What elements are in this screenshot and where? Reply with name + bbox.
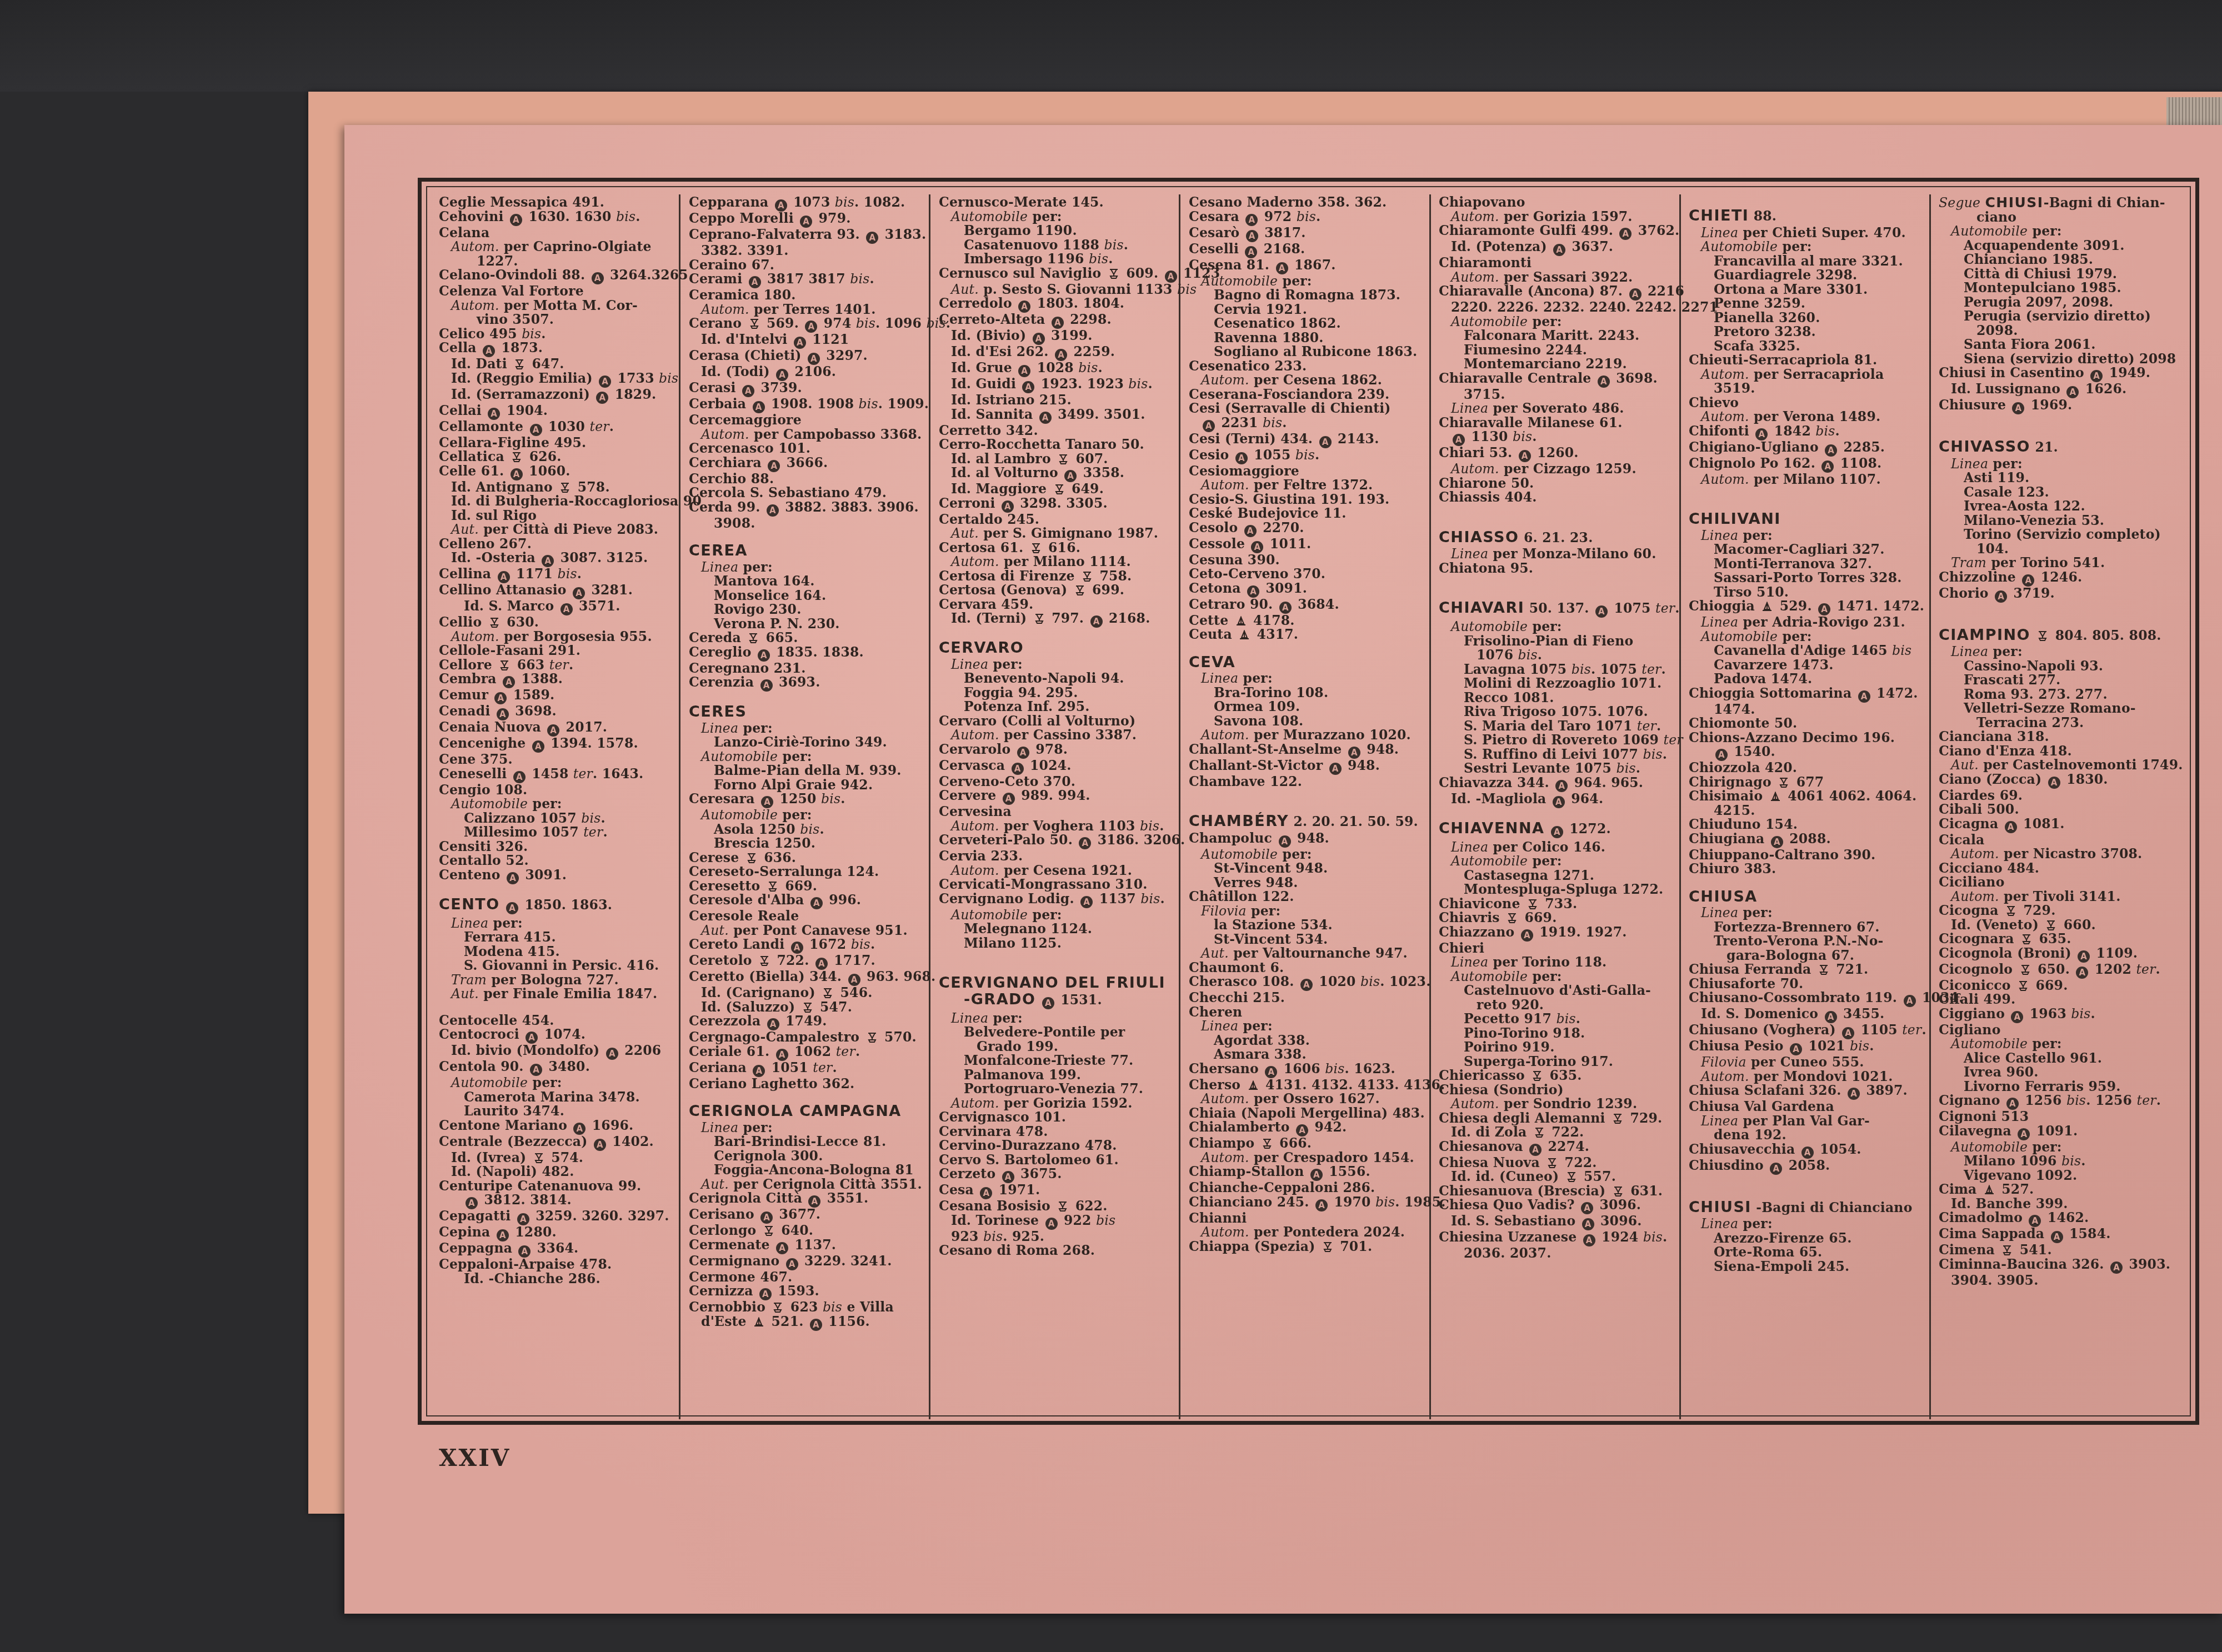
sub-entry: Automobile per: bbox=[1439, 970, 1680, 984]
sub-entry: Linea per: bbox=[689, 1121, 930, 1135]
italic-label: Autom. bbox=[1701, 472, 1749, 487]
bus-service-icon: A bbox=[1002, 500, 1014, 513]
ferry-icon bbox=[1778, 777, 1790, 789]
station-heading: CERVARO bbox=[939, 641, 1180, 655]
sub-entry: Autom. per Murazzano 1020. bbox=[1189, 728, 1430, 743]
sub-entry: Id. Sannita A 3499. 3501. bbox=[939, 408, 1180, 424]
station-entry: Chiuppano-Caltrano 390. bbox=[1689, 848, 1930, 863]
ferry-icon bbox=[758, 955, 770, 967]
sub-entry: Linea per: bbox=[939, 658, 1180, 672]
sub-entry: Linea per Colico 146. bbox=[1439, 840, 1680, 855]
station-heading: CEREA bbox=[689, 544, 930, 558]
sub-entry: Linea per Chieti Super. 470. bbox=[1689, 226, 1930, 241]
bus-service-icon: A bbox=[1090, 615, 1103, 628]
spacer bbox=[1439, 505, 1680, 517]
sub-entry: Fiumesino 2244. bbox=[1439, 343, 1680, 358]
bus-service-icon: A bbox=[760, 679, 773, 692]
bus-service-icon: A bbox=[1319, 436, 1332, 448]
bus-service-icon: A bbox=[1245, 246, 1257, 258]
steamship-icon bbox=[753, 1316, 765, 1328]
italic-label: bis bbox=[2061, 1153, 2081, 1169]
sub-entry: dena 192. bbox=[1689, 1128, 1930, 1143]
sub-entry: Potenza Inf. 295. bbox=[939, 700, 1180, 714]
station-entry: Ceské Budejovice 11. bbox=[1189, 507, 1430, 521]
sub-entry: Autom. per Terres 1401. bbox=[689, 303, 930, 317]
italic-label: Linea bbox=[1201, 1018, 1238, 1034]
italic-label: ter bbox=[583, 824, 603, 840]
station-entry: Chigiano-Ugliano A 2285. bbox=[1689, 440, 1930, 457]
sub-entry: Frascati 277. bbox=[1939, 673, 2180, 688]
station-entry: Ceserana-Fosciandora 239. bbox=[1189, 388, 1430, 402]
bus-service-icon: A bbox=[1052, 317, 1064, 329]
station-entry: Cellio 630. bbox=[439, 615, 680, 630]
sub-entry: Id. Lussignano A 1626. bbox=[1939, 382, 2180, 398]
italic-label: Segue bbox=[1939, 195, 1980, 211]
bus-service-icon: A bbox=[1581, 1202, 1593, 1214]
sub-entry: Automobile per: bbox=[1939, 224, 2180, 239]
station-entry: Cerenzia A 3693. bbox=[689, 675, 930, 692]
italic-label: Linea bbox=[451, 915, 488, 931]
bus-service-icon: A bbox=[1519, 450, 1531, 462]
sub-entry: Id. Grue A 1028 bis. bbox=[939, 361, 1180, 377]
station-entry: Ceppaloni-Arpaise 478. bbox=[439, 1258, 680, 1272]
station-entry: Chiavicone 733. bbox=[1439, 897, 1680, 912]
bus-service-icon: A bbox=[1553, 244, 1565, 256]
italic-label: Linea bbox=[951, 1010, 988, 1026]
station-entry: Chiaramonte Gulfi 499. A 3762. bbox=[1439, 224, 1680, 240]
sub-entry: Milano-Venezia 53. bbox=[1939, 514, 2180, 528]
station-entry: Chiozzola 420. bbox=[1689, 761, 1930, 775]
italic-label: Automobile bbox=[701, 807, 778, 823]
sub-entry: Id. Torinese A 922 bis bbox=[939, 1214, 1180, 1230]
station-entry: Cima Sappada A 1584. bbox=[1939, 1227, 2180, 1243]
sub-entry: Frisolino-Pian di Fieno bbox=[1439, 634, 1680, 649]
sub-entry: Arezzo-Firenze 65. bbox=[1689, 1232, 1930, 1246]
station-entry: Cerezzola A 1749. bbox=[689, 1014, 930, 1030]
bus-service-icon: A bbox=[1039, 412, 1052, 424]
bus-service-icon: A bbox=[760, 1212, 773, 1224]
index-column-6: CHIETI 88.Linea per Chieti Super. 470.Au… bbox=[1689, 196, 1930, 1418]
station-entry: Chialamberto A 942. bbox=[1189, 1120, 1430, 1137]
station-entry: Cereda 665. bbox=[689, 631, 930, 645]
bus-service-icon: A bbox=[980, 1187, 992, 1199]
station-entry: Chiaravalle (Ancona) 87. A 2216 bbox=[1439, 284, 1680, 301]
italic-label: Linea bbox=[701, 1120, 738, 1135]
station-entry: Cianciana 318. bbox=[1939, 730, 2180, 744]
index-column-3: Cernusco-Merate 145.Automobile per:Berga… bbox=[939, 196, 1180, 1418]
station-entry: Chignolo Po 162. A 1108. bbox=[1689, 457, 1930, 473]
station-entry: Cereglio A 1835. 1838. bbox=[689, 645, 930, 662]
sub-entry: Id. (Bivio) A 3199. bbox=[939, 329, 1180, 345]
sub-entry: Linea per: bbox=[1689, 1217, 1930, 1232]
bus-service-icon: A bbox=[2066, 386, 2079, 398]
station-entry: Cicala bbox=[1939, 833, 2180, 848]
sub-entry: Autom. per Cesena 1862. bbox=[1189, 373, 1430, 388]
station-entry: Cervara 459. bbox=[939, 598, 1180, 612]
station-entry: Cellina A 1171 bis. bbox=[439, 567, 680, 583]
sub-entry: 104. bbox=[1939, 542, 2180, 557]
station-entry: Celle 61. A 1060. bbox=[439, 464, 680, 480]
station-heading: CHIASSO 6. 21. 23. bbox=[1439, 530, 1680, 545]
bus-service-icon: A bbox=[1033, 333, 1045, 345]
station-entry: Ceretto (Biella) 344. A 963. 968. bbox=[689, 970, 930, 986]
sub-entry: 4215. bbox=[1689, 804, 1930, 818]
sub-entry: Id. (Serramazzoni) A 1829. bbox=[439, 388, 680, 404]
station-entry: Cesenatico 233. bbox=[1189, 359, 1430, 374]
station-entry: Ceresole Reale bbox=[689, 909, 930, 924]
sub-entry: Id. -Chianche 286. bbox=[439, 1272, 680, 1286]
station-entry: Cerveno-Ceto 370. bbox=[939, 775, 1180, 789]
ferry-icon bbox=[1057, 453, 1069, 465]
italic-label: Autom. bbox=[1951, 846, 1999, 862]
station-entry: Chiusano-Cossombrato 119. A 1034. bbox=[1689, 991, 1930, 1007]
bus-service-icon: A bbox=[1595, 605, 1608, 618]
station-entry: Cicognolo 650. A 1202 ter. bbox=[1939, 963, 2180, 979]
station-entry: Cherasco 108. A 1020 bis. 1023. bbox=[1189, 975, 1430, 991]
ferry-icon bbox=[747, 632, 759, 644]
sub-entry: A 1130 bis. bbox=[1439, 430, 1680, 446]
spacer bbox=[1439, 575, 1680, 588]
index-column-5: ChiapovanoAutom. per Gorizia 1597.Chiara… bbox=[1439, 196, 1680, 1418]
italic-label: ter bbox=[2136, 962, 2155, 977]
station-entry: Celano-Ovindoli 88. A 3264.3265 bbox=[439, 268, 680, 284]
heading-refs: 2. 20. 21. 50. 59. bbox=[1289, 814, 1418, 829]
bus-service-icon: A bbox=[800, 216, 812, 228]
sub-entry: S. Giovanni in Persic. 416. bbox=[439, 959, 680, 973]
station-entry: Chiaia (Napoli Mergellina) 483. bbox=[1189, 1107, 1430, 1121]
sub-entry: Velletri-Sezze Romano- bbox=[1939, 702, 2180, 716]
station-entry: Chiassis 404. bbox=[1439, 490, 1680, 505]
italic-label: bis bbox=[1295, 447, 1315, 463]
station-heading: CHIETI 88. bbox=[1689, 209, 1930, 224]
italic-label: Autom. bbox=[951, 554, 999, 569]
italic-label: bis bbox=[1104, 237, 1124, 253]
sub-entry: reto 920. bbox=[1439, 998, 1680, 1013]
station-entry: Cerano 569. A 974 bis. 1096 bis. bbox=[689, 317, 930, 333]
station-entry: Cerredolo A 1803. 1804. bbox=[939, 297, 1180, 313]
heading-name: CEREA bbox=[689, 542, 748, 559]
sub-entry: Millesimo 1057 ter. bbox=[439, 825, 680, 840]
sub-entry: Id. di Bulgheria-Roccagloriosa 90 bbox=[439, 494, 680, 509]
station-entry: Challant-St-Victor A 948. bbox=[1189, 759, 1430, 775]
italic-label: Autom. bbox=[701, 427, 749, 442]
italic-label: Automobile bbox=[451, 1075, 528, 1090]
ferry-icon bbox=[802, 1002, 814, 1014]
steamship-icon bbox=[1769, 790, 1781, 803]
italic-label: Automobile bbox=[1701, 629, 1778, 644]
station-entry: Chiari 53. A 1260. bbox=[1439, 446, 1680, 462]
italic-label: Tram bbox=[1951, 555, 1986, 570]
station-entry: Cereto Landi A 1672 bis. bbox=[689, 938, 930, 954]
station-entry: Cervaro (Colli al Volturno) bbox=[939, 714, 1180, 729]
sub-entry: Siena (servizio diretto) 2098 bbox=[1939, 352, 2180, 367]
italic-label: Autom. bbox=[1201, 1091, 1249, 1107]
sub-entry: Ormea 109. bbox=[1189, 700, 1430, 714]
station-entry: Chieuti-Serracapriola 81. bbox=[1689, 353, 1930, 368]
station-entry: Cesuna 390. bbox=[1189, 553, 1430, 568]
sub-entry: Autom. per Voghera 1103 bis. bbox=[939, 819, 1180, 834]
sub-entry: Aut. p. Sesto S. Giovanni 1133 bis bbox=[939, 283, 1180, 297]
sub-entry: Lanzo-Ciriè-Torino 349. bbox=[689, 735, 930, 750]
sub-entry: ciano bbox=[1939, 211, 2180, 225]
station-entry: Celenza Val Fortore bbox=[439, 284, 680, 299]
bus-service-icon: A bbox=[530, 424, 542, 436]
bus-service-icon: A bbox=[1080, 896, 1093, 908]
bus-service-icon: A bbox=[1022, 381, 1034, 393]
italic-label: bis bbox=[616, 209, 635, 224]
station-entry: Checchi 215. bbox=[1189, 991, 1430, 1005]
station-entry: Cerbaia A 1908. 1908 bis. 1909. bbox=[689, 397, 930, 413]
station-entry: Cervesina bbox=[939, 805, 1180, 819]
sub-entry: Autom. per Gorizia 1592. bbox=[939, 1097, 1180, 1111]
sub-entry: Roma 93. 273. 277. bbox=[1939, 688, 2180, 702]
station-entry: Chiuduno 154. bbox=[1689, 818, 1930, 832]
index-column-7: Segue CHIUSI-Bagni di Chian-cianoAutomob… bbox=[1939, 196, 2180, 1418]
ferry-icon bbox=[2036, 630, 2049, 642]
station-entry: Cerasi A 3739. bbox=[689, 381, 930, 397]
heading-name: CHIETI bbox=[1689, 207, 1749, 224]
sub-entry: gara-Bologna 67. bbox=[1689, 949, 1930, 963]
sub-entry: Autom. per Pontedera 2024. bbox=[1189, 1225, 1430, 1240]
sub-entry: 3908. bbox=[689, 517, 930, 531]
italic-label: Automobile bbox=[1951, 223, 2028, 239]
spacer bbox=[939, 950, 1180, 963]
ferry-icon bbox=[1546, 1157, 1558, 1169]
heading-name: CHIVASSO bbox=[1939, 438, 2030, 455]
sub-entry: Lavagna 1075 bis. 1075 ter. bbox=[1439, 663, 1680, 677]
sub-entry: Linea per: bbox=[939, 1012, 1180, 1026]
sub-entry: Tram per Bologna 727. bbox=[439, 973, 680, 988]
station-entry: Chianche-Ceppaloni 286. bbox=[1189, 1181, 1430, 1195]
station-entry: Celana bbox=[439, 226, 680, 241]
station-entry: Cette 4178. bbox=[1189, 614, 1430, 628]
italic-label: Filovia bbox=[1201, 903, 1247, 919]
sub-entry: Automobile per: bbox=[689, 808, 930, 823]
italic-label: bis bbox=[983, 1229, 1003, 1244]
heading-name: CHILIVANI bbox=[1689, 510, 1781, 528]
station-entry: Cernusco sul Naviglio 609. A 1123 bbox=[939, 267, 1180, 283]
italic-label: Automobile bbox=[1951, 1139, 2028, 1155]
sub-entry: Linea per: bbox=[689, 560, 930, 575]
bus-service-icon: A bbox=[466, 1197, 478, 1209]
station-entry: Celico 495 bis. bbox=[439, 327, 680, 342]
sub-entry: Asmara 338. bbox=[1189, 1048, 1430, 1062]
station-entry: Cerasa (Chieti) A 3297. bbox=[689, 349, 930, 365]
sub-entry: Id. (Reggio Emilia) A 1733 bis bbox=[439, 372, 680, 388]
ferry-icon bbox=[498, 659, 511, 672]
station-entry: Cerreto-Alteta A 2298. bbox=[939, 313, 1180, 329]
station-heading: CHIUSA bbox=[1689, 890, 1930, 904]
sub-entry: Sestri Levante 1075 bis. bbox=[1439, 762, 1680, 776]
sub-entry: Rovigo 230. bbox=[689, 603, 930, 617]
station-entry: Cerlongo 640. bbox=[689, 1224, 930, 1238]
sub-entry: Milano 1096 bis. bbox=[1939, 1154, 2180, 1169]
station-entry: Centallo 52. bbox=[439, 854, 680, 868]
italic-label: ter bbox=[549, 657, 569, 673]
heading-name: CHIUSI bbox=[1689, 1199, 1751, 1216]
italic-label: Filovia bbox=[1701, 1054, 1746, 1070]
station-heading: CHIAVENNA A 1272. bbox=[1439, 822, 1680, 838]
sub-entry: Asola 1250 bis. bbox=[689, 823, 930, 837]
station-entry: Cifali 499. bbox=[1939, 993, 2180, 1007]
station-entry: Chiesa degli Alemanni 729. bbox=[1439, 1112, 1680, 1126]
station-entry: Cheren bbox=[1189, 1005, 1430, 1020]
italic-label: Linea bbox=[1451, 546, 1488, 562]
bus-service-icon: A bbox=[1619, 228, 1632, 240]
sub-entry: Linea per: bbox=[1689, 529, 1930, 543]
sub-entry: Autom. per Caprino-Olgiate bbox=[439, 240, 680, 254]
station-entry: Cicciano 484. bbox=[1939, 862, 2180, 876]
station-entry: Chizzoline A 1246. bbox=[1939, 570, 2180, 587]
bus-service-icon: A bbox=[542, 555, 554, 567]
sub-entry: Linea per: bbox=[439, 917, 680, 931]
station-entry: Chambave 122. bbox=[1189, 775, 1430, 789]
station-entry: Chiericasso 635. bbox=[1439, 1069, 1680, 1083]
sub-entry: Bergamo 1190. bbox=[939, 224, 1180, 238]
italic-label: Automobile bbox=[1201, 273, 1278, 289]
ferry-icon bbox=[1322, 1241, 1334, 1253]
station-entry: Chiusano (Voghera) A 1105 ter. bbox=[1689, 1023, 1930, 1039]
italic-label: Linea bbox=[1701, 225, 1738, 241]
ferry-icon bbox=[1527, 898, 1539, 910]
steamship-icon bbox=[1235, 615, 1247, 627]
bus-service-icon: A bbox=[767, 504, 779, 517]
heading-name: CENTO bbox=[439, 896, 500, 913]
bus-service-icon: A bbox=[1848, 1088, 1860, 1100]
sub-entry: S. Ruffino di Leivi 1077 bis. bbox=[1439, 748, 1680, 762]
sub-entry: Penne 3259. bbox=[1689, 297, 1930, 311]
sub-entry: Pecetto 917 bis. bbox=[1439, 1012, 1680, 1027]
sub-entry: Tirso 510. bbox=[1689, 585, 1930, 600]
steamship-icon bbox=[1761, 600, 1773, 613]
station-entry: Chiusavecchia A 1054. bbox=[1689, 1143, 1930, 1159]
italic-label: Automobile bbox=[1451, 969, 1528, 984]
bus-service-icon: A bbox=[1529, 1144, 1542, 1156]
sub-entry: Autom. per Nicastro 3708. bbox=[1939, 847, 2180, 862]
sub-entry: Id. Antignano 578. bbox=[439, 480, 680, 495]
bus-service-icon: A bbox=[1715, 749, 1728, 761]
heading-refs: A 1850. 1863. bbox=[500, 897, 612, 913]
station-entry: Cengio 108. bbox=[439, 783, 680, 798]
italic-label: ter bbox=[813, 1060, 832, 1075]
sub-entry: Autom. per Motta M. Cor- bbox=[439, 299, 680, 313]
station-entry: Cellai A 1904. bbox=[439, 404, 680, 420]
station-entry: Ciciliano bbox=[1939, 875, 2180, 890]
sub-entry: Id. (Napoli) 482. bbox=[439, 1165, 680, 1179]
heading-refs: 88. bbox=[1749, 208, 1776, 224]
bus-service-icon: A bbox=[1276, 262, 1288, 274]
heading-refs: -Bagni di Chianciano bbox=[1751, 1200, 1913, 1215]
sub-entry: Bari-Brindisi-Lecce 81. bbox=[689, 1135, 930, 1149]
italic-label: Automobile bbox=[451, 796, 528, 812]
station-entry: Censiti 326. bbox=[439, 840, 680, 854]
sub-entry: Cervia 1921. bbox=[1189, 303, 1430, 317]
italic-label: bis bbox=[1078, 360, 1098, 376]
italic-label: Aut. bbox=[951, 525, 979, 541]
sub-entry: Automobile per: bbox=[439, 797, 680, 812]
italic-label: bis bbox=[850, 271, 869, 287]
italic-label: Autom. bbox=[951, 727, 999, 743]
bus-service-icon: A bbox=[866, 232, 878, 244]
station-entry: Chioggia 529. A 1471. 1472. bbox=[1689, 599, 1930, 615]
italic-label: ter bbox=[836, 1044, 855, 1059]
italic-label: Linea bbox=[1201, 670, 1238, 686]
station-entry: Cima 527. bbox=[1939, 1183, 2180, 1197]
italic-label: Linea bbox=[1701, 528, 1738, 543]
ferry-icon bbox=[1565, 1171, 1578, 1183]
bus-service-icon: A bbox=[1279, 602, 1292, 614]
sub-entry: Cavanella d'Adige 1465 bis bbox=[1689, 644, 1930, 658]
ferry-icon bbox=[1818, 964, 1830, 976]
bus-service-icon: A bbox=[573, 587, 585, 599]
station-entry: Cesi (Terni) 434. A 2143. bbox=[1189, 432, 1430, 448]
bus-service-icon: A bbox=[1247, 585, 1259, 598]
sub-entry: Padova 1474. bbox=[1689, 672, 1930, 687]
bus-service-icon: A bbox=[776, 1242, 788, 1254]
bus-service-icon: A bbox=[513, 771, 526, 783]
italic-label: Tram bbox=[451, 972, 487, 988]
ferry-icon bbox=[1074, 584, 1086, 597]
bus-service-icon: A bbox=[1553, 796, 1565, 808]
sub-entry: Aut. per Cerignola Città 3551. bbox=[689, 1178, 930, 1192]
station-entry: Cignano A 1256 bis. 1256 ter. bbox=[1939, 1094, 2180, 1110]
sub-entry: Linea per: bbox=[1939, 457, 2180, 472]
station-entry: Chiazzano A 1919. 1927. bbox=[1439, 925, 1680, 942]
sub-entry: Modena 415. bbox=[439, 945, 680, 959]
station-entry: Cetraro 90. A 3684. bbox=[1189, 598, 1430, 614]
sub-entry: Id. (Ivrea) 574. bbox=[439, 1151, 680, 1165]
sub-entry: Id. S. Sebastiano A 3096. bbox=[1439, 1214, 1680, 1230]
station-entry: Chianni bbox=[1189, 1212, 1430, 1226]
station-heading: -GRADO A 1531. bbox=[939, 993, 1180, 1009]
heading-name: CHIUSI bbox=[1985, 194, 2043, 211]
bus-service-icon: A bbox=[518, 1245, 531, 1258]
bus-service-icon: A bbox=[1203, 420, 1215, 432]
sub-entry: Benevento-Napoli 94. bbox=[939, 672, 1180, 686]
station-entry: Cerami A 3817 3817 bis. bbox=[689, 272, 930, 288]
bus-service-icon: A bbox=[791, 942, 803, 954]
ferry-icon bbox=[745, 852, 758, 864]
heading-refs: 804. 805. 808. bbox=[2030, 628, 2161, 643]
bus-service-icon: A bbox=[1790, 1043, 1802, 1055]
bus-service-icon: A bbox=[2029, 1215, 2041, 1227]
italic-label: bis bbox=[1518, 647, 1538, 663]
italic-label: bis bbox=[2066, 1093, 2086, 1108]
bus-service-icon: A bbox=[1818, 603, 1830, 615]
station-entry: Châtillon 122. bbox=[1189, 890, 1430, 904]
station-entry: Cessole A 1011. bbox=[1189, 537, 1430, 553]
sub-entry: Id. Guidi A 1923. 1923 bis. bbox=[939, 377, 1180, 393]
station-entry: Cemur A 1589. bbox=[439, 688, 680, 704]
sub-entry: Aut. per Città di Pieve 2083. bbox=[439, 523, 680, 537]
station-entry: Chions-Azzano Decimo 196. bbox=[1689, 731, 1930, 745]
station-entry: Cencenighe A 1394. 1578. bbox=[439, 737, 680, 753]
station-entry: Cesio A 1055 bis. bbox=[1189, 448, 1430, 464]
heading-name: CHIUSA bbox=[1689, 888, 1758, 905]
italic-label: Linea bbox=[701, 559, 738, 575]
station-entry: Chiesanova A 2274. bbox=[1439, 1140, 1680, 1156]
italic-label: Autom. bbox=[1451, 1096, 1499, 1112]
sub-entry: 2098. bbox=[1939, 324, 2180, 338]
station-entry: Ceregnano 231. bbox=[689, 662, 930, 676]
italic-label: Autom. bbox=[1451, 209, 1499, 224]
ferry-icon bbox=[748, 318, 760, 330]
station-entry: Chiaravalle Milanese 61. bbox=[1439, 416, 1680, 430]
bus-service-icon: A bbox=[2078, 950, 2090, 963]
bus-service-icon: A bbox=[498, 571, 510, 583]
italic-label: Autom. bbox=[951, 863, 999, 878]
station-entry: Chiusi in Casentino A 1949. bbox=[1939, 366, 2180, 382]
